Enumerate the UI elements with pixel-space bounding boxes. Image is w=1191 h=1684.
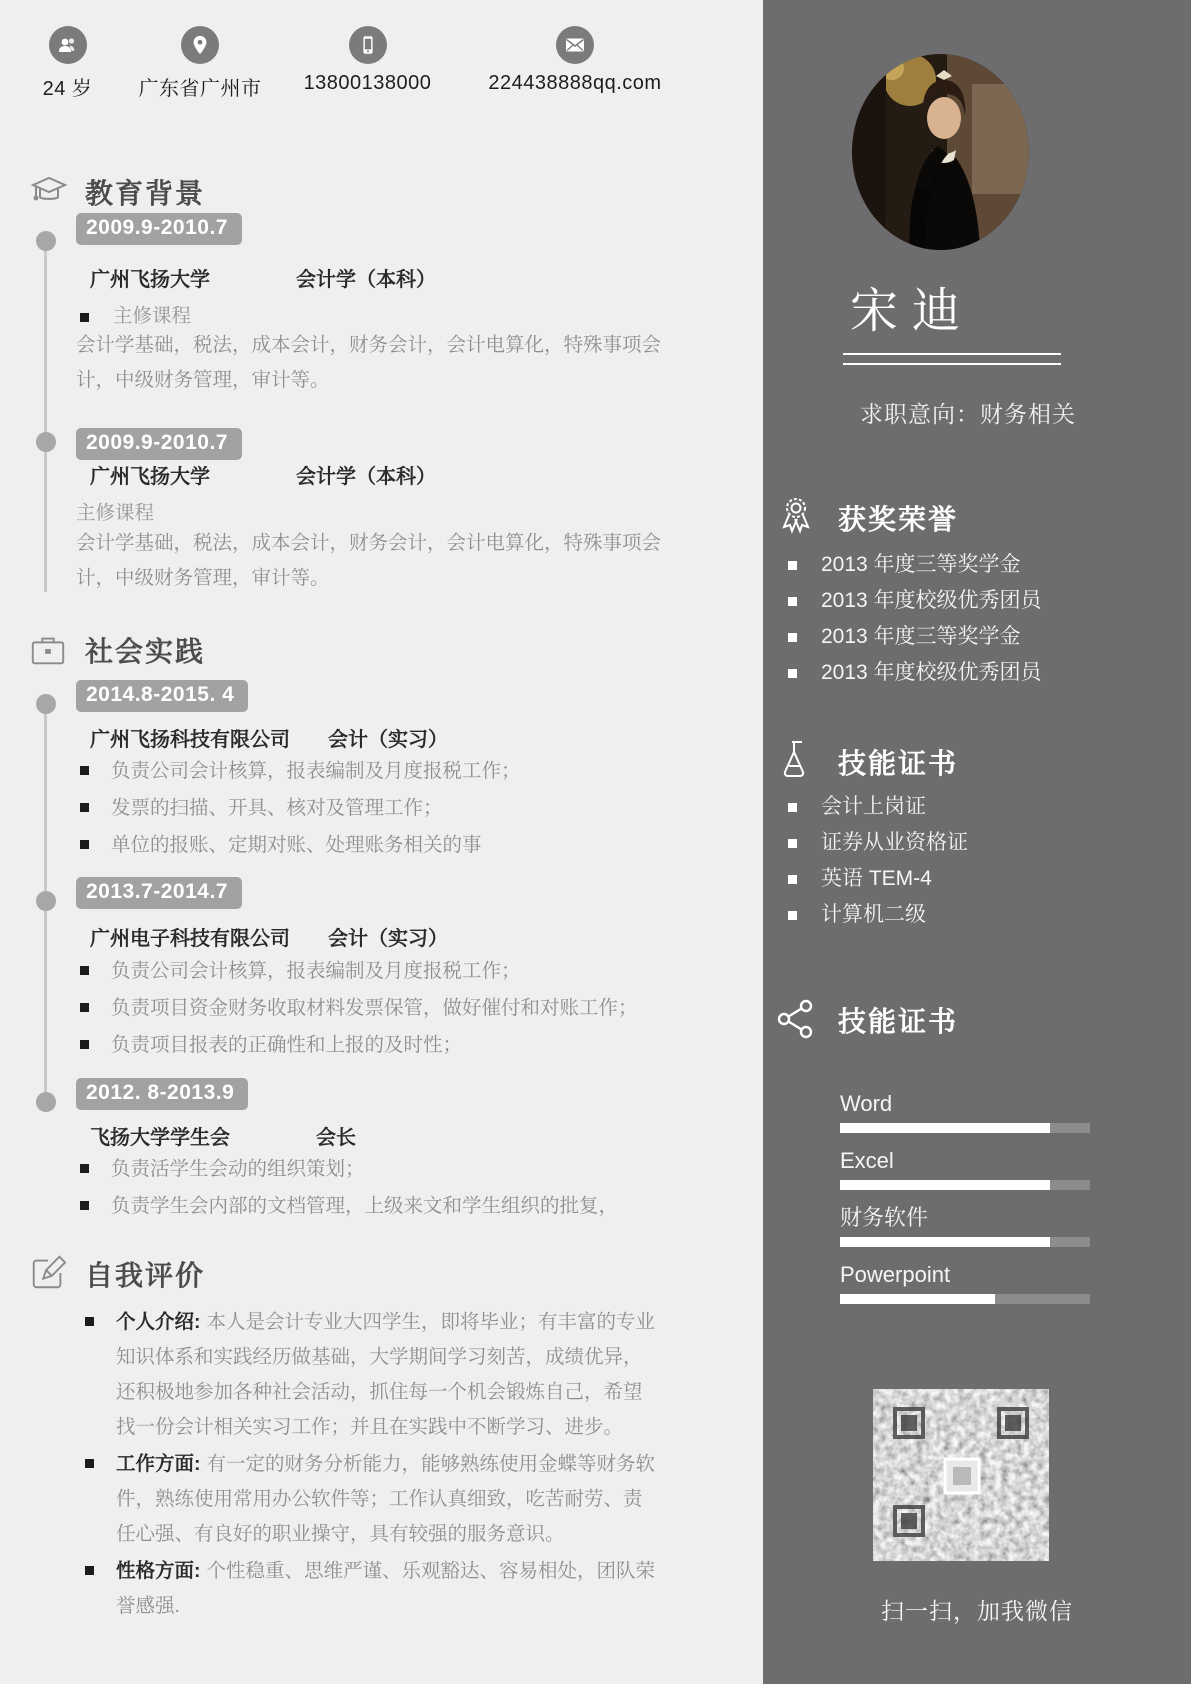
flask-icon	[778, 738, 818, 780]
skill-bar	[840, 1180, 1090, 1190]
skill-label: Powerpoint	[840, 1262, 1100, 1288]
list-item: 2013 年度三等奖学金	[788, 553, 1178, 577]
list-item: 负责项目报表的正确性和上报的及时性；	[80, 1033, 680, 1057]
role-name: 会计（实习）	[328, 729, 448, 751]
skill-label: 财务软件	[840, 1205, 1100, 1231]
job-date-badge: 2012. 8-2013.9	[76, 1078, 248, 1110]
list-item: 负责项目资金财务收取材料发票保管，做好催付和对账工作；	[80, 996, 680, 1020]
contact-email-label: 224438888qq.com	[475, 72, 675, 95]
edu-school-line: 广州飞扬大学会计学（本科）	[90, 263, 436, 292]
certs-list: 会计上岗证 证券从业资格证 英语 TEM-4 计算机二级	[788, 795, 1178, 939]
wechat-qr-code	[873, 1389, 1049, 1561]
skill-item: 财务软件	[840, 1205, 1100, 1247]
medal-icon	[776, 494, 816, 536]
name-divider	[843, 353, 1061, 365]
section-title-practice: 社会实践	[85, 630, 205, 670]
bullet-square	[85, 1459, 94, 1468]
role-name: 会计（实习）	[328, 928, 448, 950]
skill-item: Excel	[840, 1148, 1100, 1190]
evaluation-list: 个人介绍:本人是会计专业大四学生，即将毕业；有丰富的专业知识体系和实践经历做基础…	[85, 1305, 660, 1626]
person-icon	[49, 26, 87, 64]
job-objective: 求职意向：财务相关	[860, 396, 1076, 429]
list-item: 负责公司会计核算，报表编制及月度报税工作；	[80, 759, 680, 783]
bullet-square	[788, 875, 797, 884]
skill-item: Powerpoint	[840, 1262, 1100, 1304]
section-title-education: 教育背景	[85, 172, 205, 212]
skill-bar	[840, 1123, 1090, 1133]
course-text: 会计学基础，税法，成本会计，财务会计，会计电算化，特殊事项会计，中级财务管理，审…	[76, 328, 661, 398]
timeline-dot	[36, 694, 56, 714]
bullet-square	[80, 313, 89, 322]
bullet-square	[788, 911, 797, 920]
bullet-square	[80, 1003, 89, 1012]
resume-page: 24 岁 广东省广州市 13800138000 224438888qq.com …	[0, 0, 1191, 1684]
list-item: 工作方面:有一定的财务分析能力，能够熟练使用金蝶等财务软件，熟练使用常用办公软件…	[85, 1447, 660, 1552]
job-bullet-list: 负责公司会计核算，报表编制及月度报税工作； 发票的扫描、开具、核对及管理工作； …	[80, 759, 680, 870]
pencil-edit-icon	[28, 1252, 68, 1292]
list-item: 负责活学生会动的组织策划；	[80, 1157, 680, 1181]
skill-label: Excel	[840, 1148, 1100, 1174]
contact-age-label: 24 岁	[25, 72, 110, 101]
bullet-square	[80, 1201, 89, 1210]
section-title-certs: 技能证书	[838, 742, 958, 782]
list-item: 2013 年度三等奖学金	[788, 625, 1178, 649]
timeline-dot	[36, 432, 56, 452]
list-item: 2013 年度校级优秀团员	[788, 661, 1178, 685]
bullet-square	[788, 597, 797, 606]
skill-bar-fill	[840, 1294, 995, 1304]
job-bullet-list: 负责活学生会动的组织策划； 负责学生会内部的文档管理，上级来文和学生组织的批复，	[80, 1157, 680, 1231]
job-date-badge: 2013.7-2014.7	[76, 877, 242, 909]
list-item: 发票的扫描、开具、核对及管理工作；	[80, 796, 680, 820]
bullet-square	[80, 803, 89, 812]
list-item: 计算机二级	[788, 903, 1178, 927]
awards-list: 2013 年度三等奖学金 2013 年度校级优秀团员 2013 年度三等奖学金 …	[788, 553, 1178, 697]
graduation-cap-icon	[28, 170, 68, 210]
bullet-square	[80, 1164, 89, 1173]
course-label: 主修课程	[76, 497, 154, 525]
location-icon	[181, 26, 219, 64]
share-icon	[776, 998, 816, 1040]
job-org-line: 飞扬大学学生会会长	[90, 1121, 356, 1150]
list-item: 个人介绍:本人是会计专业大四学生，即将毕业；有丰富的专业知识体系和实践经历做基础…	[85, 1305, 660, 1445]
list-item: 英语 TEM-4	[788, 867, 1178, 891]
course-label: 主修课程	[80, 300, 191, 328]
list-item: 负责公司会计核算，报表编制及月度报税工作；	[80, 959, 680, 983]
edu-date-badge: 2009.9-2010.7	[76, 428, 242, 460]
contact-email: 224438888qq.com	[475, 26, 675, 95]
course-text: 会计学基础，税法，成本会计，财务会计，会计电算化，特殊事项会计，中级财务管理，审…	[76, 526, 661, 596]
job-org-line: 广州飞扬科技有限公司会计（实习）	[90, 723, 448, 752]
edu-school-line: 广州飞扬大学会计学（本科）	[90, 460, 436, 489]
skill-item: Word	[840, 1091, 1100, 1133]
skill-bar	[840, 1294, 1090, 1304]
person-name: 宋迪	[850, 272, 974, 341]
wechat-caption: 扫一扫，加我微信	[763, 1593, 1191, 1626]
skill-label: Word	[840, 1091, 1100, 1117]
timeline-dot	[36, 1092, 56, 1112]
bullet-square	[80, 966, 89, 975]
role-name: 会长	[316, 1127, 356, 1149]
skills-block: Word Excel 财务软件 Powerpoint	[840, 1091, 1100, 1319]
bullet-square	[85, 1566, 94, 1575]
org-name: 广州电子科技有限公司	[90, 928, 290, 950]
list-item: 会计上岗证	[788, 795, 1178, 819]
briefcase-icon	[28, 630, 68, 670]
contact-phone-label: 13800138000	[290, 72, 445, 95]
bullet-square	[80, 840, 89, 849]
list-item: 2013 年度校级优秀团员	[788, 589, 1178, 613]
timeline-dot	[36, 891, 56, 911]
bullet-square	[788, 669, 797, 678]
list-item: 性格方面:个性稳重、思维严谨、乐观豁达、容易相处，团队荣誉感强.	[85, 1554, 660, 1624]
major-name: 会计学（本科）	[296, 466, 436, 488]
bullet-square	[80, 1040, 89, 1049]
phone-icon	[349, 26, 387, 64]
job-bullet-list: 负责公司会计核算，报表编制及月度报税工作； 负责项目资金财务收取材料发票保管，做…	[80, 959, 680, 1070]
timeline-dot	[36, 231, 56, 251]
timeline-line-education	[44, 241, 47, 592]
skill-bar-fill	[840, 1180, 1050, 1190]
list-item: 负责学生会内部的文档管理，上级来文和学生组织的批复，	[80, 1194, 680, 1218]
major-name: 会计学（本科）	[296, 269, 436, 291]
job-org-line: 广州电子科技有限公司会计（实习）	[90, 922, 448, 951]
email-icon	[556, 26, 594, 64]
org-name: 广州飞扬科技有限公司	[90, 729, 290, 751]
bullet-square	[85, 1317, 94, 1326]
section-title-evaluation: 自我评价	[85, 1254, 205, 1294]
job-date-badge: 2014.8-2015. 4	[76, 680, 248, 712]
skill-bar	[840, 1237, 1090, 1247]
school-name: 广州飞扬大学	[90, 269, 210, 291]
school-name: 广州飞扬大学	[90, 466, 210, 488]
contact-location: 广东省广州市	[125, 26, 275, 101]
bullet-square	[788, 633, 797, 642]
skill-bar-fill	[840, 1123, 1050, 1133]
list-item: 证券从业资格证	[788, 831, 1178, 855]
bullet-square	[788, 839, 797, 848]
skill-bar-fill	[840, 1237, 1050, 1247]
contact-location-label: 广东省广州市	[125, 72, 275, 101]
contact-age: 24 岁	[25, 26, 110, 101]
bullet-square	[788, 803, 797, 812]
org-name: 飞扬大学学生会	[90, 1127, 230, 1149]
contact-phone: 13800138000	[290, 26, 445, 95]
list-item: 单位的报账、定期对账、处理账务相关的事	[80, 833, 680, 857]
edu-date-badge: 2009.9-2010.7	[76, 213, 242, 245]
bullet-square	[80, 766, 89, 775]
section-title-awards: 获奖荣誉	[838, 498, 958, 538]
profile-photo	[852, 54, 1029, 250]
sidebar: 宋迪 求职意向：财务相关 获奖荣誉 2013 年度三等奖学金 2013 年度校级…	[763, 0, 1191, 1684]
bullet-square	[788, 561, 797, 570]
section-title-skills: 技能证书	[838, 1000, 958, 1040]
